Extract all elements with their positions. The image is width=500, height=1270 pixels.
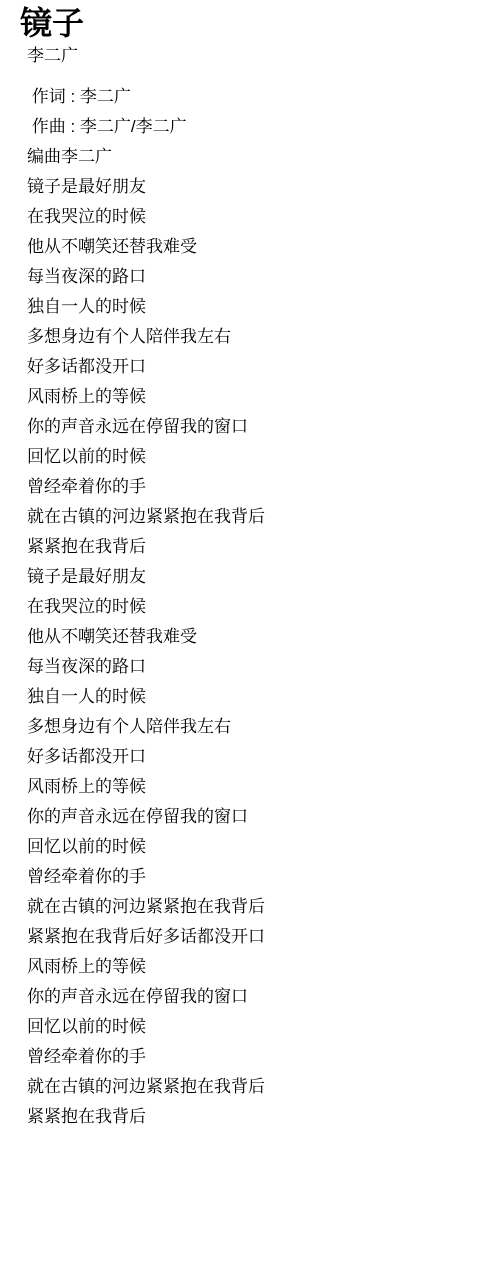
credit-line: 作曲 : 李二广/李二广 [27,112,480,142]
lyric-line: 曾经牵着你的手 [27,1042,480,1072]
lyric-line: 回忆以前的时候 [27,832,480,862]
lyric-line: 曾经牵着你的手 [27,862,480,892]
lyric-line: 镜子是最好朋友 [27,562,480,592]
lyric-line: 就在古镇的河边紧紧抱在我背后 [27,892,480,922]
lyric-line: 你的声音永远在停留我的窗口 [27,982,480,1012]
lyric-line: 好多话都没开口 [27,352,480,382]
lyrics-page: 镜子 李二广 作词 : 李二广 作曲 : 李二广/李二广编曲李二广 镜子是最好朋… [0,0,500,1132]
lyric-line: 就在古镇的河边紧紧抱在我背后 [27,502,480,532]
lyric-line: 在我哭泣的时候 [27,592,480,622]
lyric-line: 你的声音永远在停留我的窗口 [27,412,480,442]
lyric-line: 紧紧抱在我背后 [27,1102,480,1132]
lyric-line: 就在古镇的河边紧紧抱在我背后 [27,1072,480,1102]
lyric-line: 独自一人的时候 [27,292,480,322]
lyric-line: 曾经牵着你的手 [27,472,480,502]
lyric-line: 风雨桥上的等候 [27,952,480,982]
lyric-line: 回忆以前的时候 [27,442,480,472]
lyric-line: 风雨桥上的等候 [27,382,480,412]
lyric-line: 好多话都没开口 [27,742,480,772]
lyric-line: 在我哭泣的时候 [27,202,480,232]
lyrics-block: 镜子是最好朋友在我哭泣的时候他从不嘲笑还替我难受每当夜深的路口独自一人的时候多想… [27,172,480,1132]
artist-name: 李二广 [27,41,480,71]
lyric-line: 紧紧抱在我背后 [27,532,480,562]
lyric-line: 他从不嘲笑还替我难受 [27,622,480,652]
lyric-line: 回忆以前的时候 [27,1012,480,1042]
lyric-line: 独自一人的时候 [27,682,480,712]
credits-block: 作词 : 李二广 作曲 : 李二广/李二广编曲李二广 [27,82,480,172]
song-title: 镜子 [20,5,480,41]
lyric-line: 每当夜深的路口 [27,652,480,682]
credit-line: 编曲李二广 [27,142,480,172]
lyric-line: 多想身边有个人陪伴我左右 [27,712,480,742]
lyric-line: 风雨桥上的等候 [27,772,480,802]
credit-line: 作词 : 李二广 [27,82,480,112]
lyric-line: 你的声音永远在停留我的窗口 [27,802,480,832]
lyric-line: 紧紧抱在我背后好多话都没开口 [27,922,480,952]
lyric-line: 多想身边有个人陪伴我左右 [27,322,480,352]
lyric-line: 他从不嘲笑还替我难受 [27,232,480,262]
lyric-line: 镜子是最好朋友 [27,172,480,202]
lyric-line: 每当夜深的路口 [27,262,480,292]
